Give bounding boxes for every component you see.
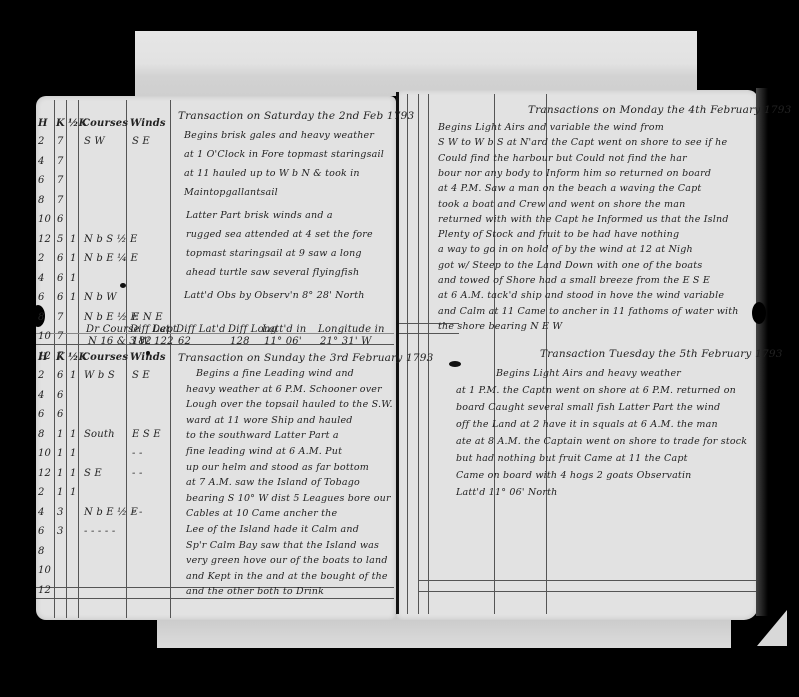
wind-cell: E S E [132,429,161,440]
half-knots-cell: 1 [70,487,77,498]
bottom-rule [36,598,394,599]
remark-line: very green hove our of the boats to land [186,555,388,566]
wind-cell: E N E [132,312,163,323]
knots-cell: 7 [57,156,64,167]
remark-line: and Calm at 11 Came to ancher in 11 fath… [438,306,739,317]
hour-cell: 10 [38,331,51,342]
knots-cell: 7 [57,195,64,206]
column-header: H [38,352,48,363]
rule [399,333,459,334]
summary-label: Diff Lat'd [176,324,226,335]
summary-value: 128 [230,336,250,347]
remark-line: Lee of the Island hade it Calm and [186,524,359,535]
course-cell: S E [84,468,102,479]
remark-line: ate at 8 A.M. the Captain went on shore … [456,436,747,447]
remark-line: bearing S 10° W dist 5 Leagues bore our [186,493,391,504]
knots-cell: 7 [57,312,64,323]
half-knots-cell: 1 [70,234,77,245]
knots-cell: 7 [57,175,64,186]
hour-cell: 6 [38,526,45,537]
remark-line: up our helm and stood as far bottom [186,462,369,473]
hour-cell: 10 [38,214,51,225]
knots-cell: 3 [57,507,64,518]
summary-value: 11° 06' [264,336,302,347]
remark-line: heavy weather at 6 P.M. Schooner over [186,384,382,395]
hour-cell: 4 [38,390,45,401]
hour-cell: 2 [38,253,45,264]
rule [170,100,171,618]
remark-line: Latter Part brisk winds and a [186,210,333,221]
remark-line: at 11 hauled up to W b N & took in [184,168,360,179]
wind-cell: - - [132,507,143,518]
course-cell: N b E ½ E [84,507,138,518]
hour-cell: 10 [38,448,51,459]
knots-cell: 6 [57,292,64,303]
remark-line: Begins a fine Leading wind and [196,368,354,379]
knots-cell: 6 [57,370,64,381]
knots-cell: 6 [57,273,64,284]
hour-cell: 8 [38,312,45,323]
remark-line: Plenty of Stock and fruit to be had have… [438,229,679,240]
hour-cell: 8 [38,546,45,557]
remark-line: took a boat and Crew and went on shore t… [438,199,685,210]
half-knots-cell: 1 [70,429,77,440]
knots-cell: 1 [57,468,64,479]
hour-cell: 6 [38,175,45,186]
remark-line: at 4 P.M. Saw a man on the beach a wavin… [438,183,701,194]
knots-cell: 6 [57,390,64,401]
column-header: H [38,118,48,129]
remark-line: at 1 O'Clock in Fore topmast staringsail [184,149,384,160]
remark-line: a way to go in on hold of by the wind at… [438,244,693,255]
upper-remarks-title: Transaction on Saturday the 2nd Feb 1793 [178,110,414,122]
course-cell: - - - - - [84,526,115,537]
course-cell: S W [84,136,105,147]
hour-cell: 8 [38,429,45,440]
column-header: K [56,118,65,129]
summary-label: Dept [152,324,177,335]
rule [66,100,67,618]
remark-line: got w/ Steep to the Land Down with one o… [438,260,702,271]
rule [54,100,55,618]
remark-line: Could find the harbour but Could not fin… [438,153,687,164]
ink-blot [146,351,150,355]
half-knots-cell: 1 [70,370,77,381]
half-knots-cell: 1 [70,253,77,264]
wind-cell: S E [132,136,150,147]
column-header: Courses [82,352,128,363]
half-knots-cell: 1 [70,273,77,284]
course-cell: N b E ½ E [84,312,138,323]
hour-cell: 2 [38,487,45,498]
column-header: K [56,352,65,363]
lower-remarks-title: Transaction on Sunday the 3rd February 1… [178,352,434,364]
knots-cell: 7 [57,331,64,342]
hour-cell: 6 [38,292,45,303]
course-cell: N b E ¼ E [84,253,138,264]
course-cell: N b S ½ E [84,234,138,245]
remark-line: Begins Light Airs and heavy weather [496,368,681,379]
knots-cell: 1 [57,429,64,440]
remark-line: at 6 A.M. tack'd ship and stood in hove … [438,290,724,301]
hour-cell: 12 [38,234,51,245]
remark-line: fine leading wind at 6 A.M. Put [186,446,342,457]
remark-line: to the southward Latter Part a [186,430,339,441]
column-header: Courses [82,118,128,129]
remark-line: Sp'r Calm Bay saw that the Island was [186,540,379,551]
remark-line: the shore bearing N E W [438,321,562,332]
knots-cell: 6 [57,214,64,225]
knots-cell: 1 [57,448,64,459]
remark-line: off the Land at 2 have it in squals at 6… [456,419,718,430]
knots-cell: 3 [57,526,64,537]
summary-label: Latt'd in [262,324,306,335]
hour-cell: 12 [38,468,51,479]
remark-line: returned with with the Capt he Informed … [438,214,729,225]
course-cell: N b W [84,292,117,303]
binding-notch-right [752,302,766,324]
remark-line: and the other both to Drink [186,586,324,597]
remark-line: at 1 P.M. the Captn went on shore at 6 P… [456,385,736,396]
remark-line: and towed of Shore had a small breeze fr… [438,275,710,286]
remark-line: rugged sea attended at 4 set the fore [186,229,373,240]
wind-cell: S E [132,370,150,381]
remark-line: topmast staringsail at 9 saw a long [186,248,362,259]
ink-blot [120,283,126,288]
remark-line: Begins brisk gales and heavy weather [184,130,374,141]
remark-line: S W to W b S at N'ard the Capt went on s… [438,137,727,148]
hour-cell: 4 [38,273,45,284]
remark-line: Begins Light Airs and variable the wind … [438,122,664,133]
remark-line: at 7 A.M. saw the Island of Tobago [186,477,360,488]
knots-cell: 6 [57,253,64,264]
hour-cell: 2 [38,136,45,147]
remark-line: Came on board with 4 hogs 2 goats Observ… [456,470,692,481]
hour-cell: 10 [38,565,51,576]
bottom-rule [418,580,756,581]
remark-line: ahead turtle saw several flyingfish [186,267,359,278]
remark-line: board Caught several small fish Latter P… [456,402,720,413]
hour-cell: 4 [38,156,45,167]
ink-blot [449,361,461,367]
half-knots-cell: 1 [70,292,77,303]
entry1-title: Transactions on Monday the 4th February … [528,104,792,116]
column-header: Winds [130,118,166,129]
knots-cell: 1 [57,487,64,498]
remark-line: Latt'd Obs by Observ'n 8° 28' North [184,290,365,301]
remark-line: Cables at 10 Came ancher the [186,508,337,519]
half-knots-cell: 1 [70,468,77,479]
summary-value: 122 [154,336,174,347]
knots-cell: 7 [57,136,64,147]
knots-cell: 5 [57,234,64,245]
summary-value: 62 [178,336,191,347]
hour-cell: 4 [38,507,45,518]
remark-line: ward at 11 wore Ship and hauled [186,415,353,426]
backing-paper-top [135,31,697,96]
bottom-rule [418,591,756,592]
summary-value: 182 [132,336,152,347]
knots-cell: 6 [57,409,64,420]
remark-line: but had nothing but fruit Came at 11 the… [456,453,688,464]
course-cell: South [84,429,115,440]
wind-cell: - - [132,468,143,479]
summary-label: Longitude in [318,324,385,335]
entry2-title: Transaction Tuesday the 5th February 179… [540,348,783,360]
hour-cell: 2 [38,370,45,381]
remark-line: Lough over the topsail hauled to the S.W… [186,399,393,410]
summary-value: 21° 31' W [320,336,372,347]
remark-line: bour nor any body to Inform him so retur… [438,168,711,179]
remark-line: Latt'd 11° 06' North [456,487,557,498]
half-knots-cell: 1 [70,448,77,459]
hour-cell: 6 [38,409,45,420]
wind-cell: - - [132,448,143,459]
remark-line: Maintopgallantsail [184,187,278,198]
remark-line: and Kept in the and at the bought of the [186,571,388,582]
hour-cell: 8 [38,195,45,206]
hour-cell: 12 [38,585,51,596]
course-cell: W b S [84,370,115,381]
